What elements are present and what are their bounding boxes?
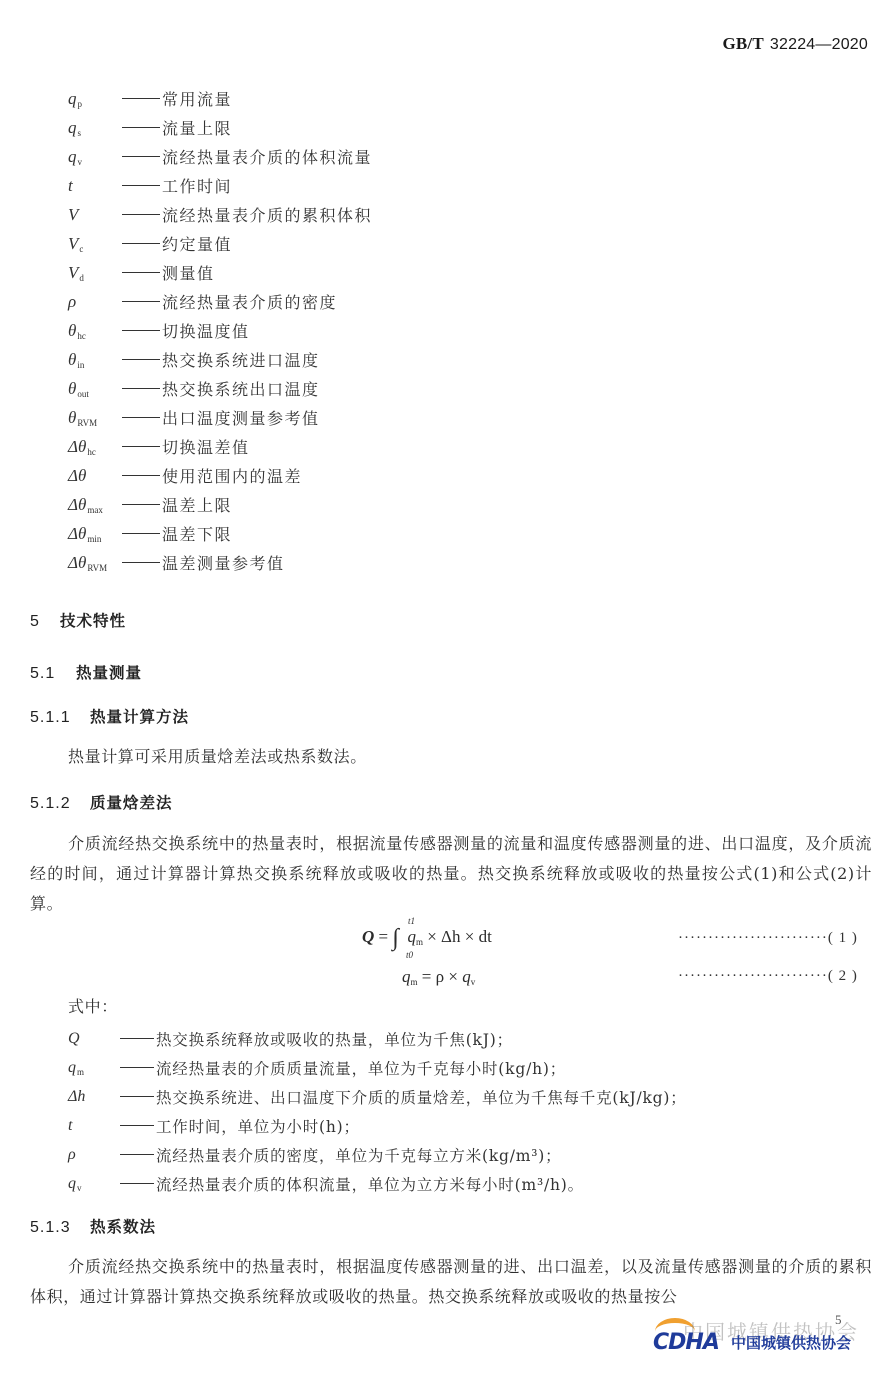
paragraph-5-1-2: 介质流经热交换系统中的热量表时，根据流量传感器测量的流量和温度传感器测量的进、出… bbox=[30, 829, 872, 919]
heading-section-5-1-2: 5.1.2质量焓差法 bbox=[30, 791, 173, 813]
heading-section-5-1-1: 5.1.1热量计算方法 bbox=[30, 705, 189, 727]
symbol-row: V流经热量表介质的累积体积 bbox=[68, 200, 372, 229]
heading-section-5-1-3: 5.1.3热系数法 bbox=[30, 1215, 156, 1237]
formula-2-number: ·························( 2 ) bbox=[678, 968, 858, 985]
where-label: 式中： bbox=[68, 992, 368, 1022]
symbol-row: θhc切换温度值 bbox=[68, 316, 372, 345]
where-list: Q热交换系统释放或吸收的热量，单位为千焦(kJ)； qm流经热量表的介质质量流量… bbox=[68, 1024, 687, 1198]
symbol-row: Vd测量值 bbox=[68, 258, 372, 287]
paragraph-5-1-1: 热量计算可采用质量焓差法或热系数法。 bbox=[30, 742, 872, 772]
symbol-row: qv流经热量表介质的体积流量 bbox=[68, 142, 372, 171]
symbol-row: Δθhc切换温差值 bbox=[68, 432, 372, 461]
formula-1-number: ·························( 1 ) bbox=[678, 930, 858, 947]
symbol-row: qp常用流量 bbox=[68, 84, 372, 113]
where-item: qm流经热量表的介质质量流量，单位为千克每小时(kg/h)； bbox=[68, 1053, 687, 1082]
association-name: 中国城镇供热协会 bbox=[731, 1332, 851, 1353]
where-item: qv流经热量表介质的体积流量，单位为立方米每小时(m³/h)。 bbox=[68, 1169, 687, 1198]
symbol-row: Δθ使用范围内的温差 bbox=[68, 461, 372, 490]
standard-header: GB/T32224—2020 bbox=[722, 34, 868, 54]
symbol-row: θRVM出口温度测量参考值 bbox=[68, 403, 372, 432]
symbol-row: ΔθRVM温差测量参考值 bbox=[68, 548, 372, 577]
where-item: Δh热交换系统进、出口温度下介质的质量焓差，单位为千焦每千克(kJ/kg)； bbox=[68, 1082, 687, 1111]
page-number: 5 bbox=[835, 1312, 842, 1328]
symbol-row: ρ流经热量表介质的密度 bbox=[68, 287, 372, 316]
formula-2: qm = ρ × qv bbox=[402, 967, 475, 987]
symbol-list: qp常用流量 qs流量上限 qv流经热量表介质的体积流量 t工作时间 V流经热量… bbox=[68, 84, 372, 577]
symbol-row: Δθmax温差上限 bbox=[68, 490, 372, 519]
cdha-logo: CDHA bbox=[653, 1330, 719, 1355]
where-item: ρ流经热量表介质的密度，单位为千克每立方米(kg/m³)； bbox=[68, 1140, 687, 1169]
heading-section-5-1: 5.1热量测量 bbox=[30, 661, 142, 683]
dash bbox=[122, 98, 160, 99]
symbol-row: Vc约定量值 bbox=[68, 229, 372, 258]
symbol-row: θin热交换系统进口温度 bbox=[68, 345, 372, 374]
standard-number: 32224—2020 bbox=[770, 36, 868, 53]
symbol-row: qs流量上限 bbox=[68, 113, 372, 142]
symbol-row: t工作时间 bbox=[68, 171, 372, 200]
integral-sign: ∫ bbox=[392, 925, 399, 951]
where-item: Q热交换系统释放或吸收的热量，单位为千焦(kJ)； bbox=[68, 1024, 687, 1053]
formula-1: Q = ∫ t1 t0 qm × Δh × dt bbox=[362, 922, 492, 949]
standard-prefix: GB/T bbox=[722, 34, 763, 53]
heading-section-5: 5技术特性 bbox=[30, 609, 126, 631]
symbol-row: Δθmin温差下限 bbox=[68, 519, 372, 548]
where-item: t工作时间，单位为小时(h)； bbox=[68, 1111, 687, 1140]
paragraph-5-1-3: 介质流经热交换系统中的热量表时，根据温度传感器测量的进、出口温差，以及流量传感器… bbox=[30, 1252, 872, 1312]
watermark: 中国城镇供热协会 CDHA 中国城镇供热协会 5 bbox=[645, 1318, 875, 1358]
symbol-row: θout热交换系统出口温度 bbox=[68, 374, 372, 403]
